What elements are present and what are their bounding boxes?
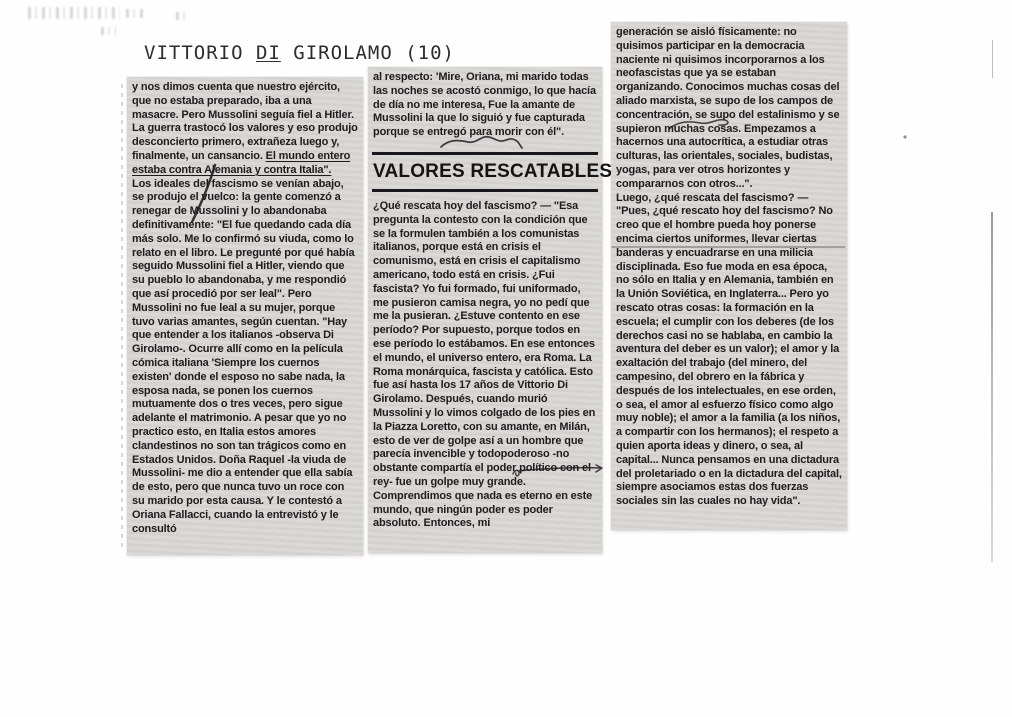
column-2-paragraph-1: al respecto: 'Mire, Oriana, mi marido to… [373, 71, 597, 140]
section-heading-block: VALORES RESCATABLES [372, 152, 598, 192]
column-1-paragraph-2: Los ideales del fascismo se venían abajo… [132, 178, 358, 537]
heading-top-rule [372, 152, 598, 155]
column-1-paragraph-1: y nos dimos cuenta que nuestro ejército,… [132, 81, 358, 178]
column-2: al respecto: 'Mire, Oriana, mi marido to… [368, 67, 602, 553]
scan-artifact-line [992, 40, 993, 78]
column-2-paragraph-2: ¿Qué rescata hoy del fascismo? — "Esa pr… [373, 200, 597, 531]
heading-bottom-rule [372, 189, 598, 192]
scan-artifact-edge [121, 84, 123, 552]
column-3-paragraph-2: Luego, ¿qué rescata del fascismo? — "Pue… [616, 192, 842, 509]
pencil-smudge [126, 9, 146, 18]
title-prefix: VITTORIO [144, 42, 256, 64]
pencil-smudge [176, 12, 187, 20]
pencil-smudge [101, 27, 116, 35]
title-suffix: GIROLAMO (10) [281, 42, 455, 64]
title-underlined-word: DI [256, 42, 281, 64]
scan-artifact-line [991, 212, 993, 562]
column-1: y nos dimos cuenta que nuestro ejército,… [127, 77, 363, 555]
column-3-paragraph-1: generación se aisló físicamente: no quis… [616, 26, 842, 192]
ink-dot-icon [903, 135, 906, 138]
pencil-smudge [28, 7, 120, 19]
section-heading: VALORES RESCATABLES [373, 161, 597, 183]
column-3: generación se aisló físicamente: no quis… [611, 22, 847, 530]
scanned-newspaper-page: VITTORIO DI GIROLAMO (10) y nos dimos cu… [0, 0, 1012, 717]
article-title: VITTORIO DI GIROLAMO (10) [144, 42, 455, 64]
